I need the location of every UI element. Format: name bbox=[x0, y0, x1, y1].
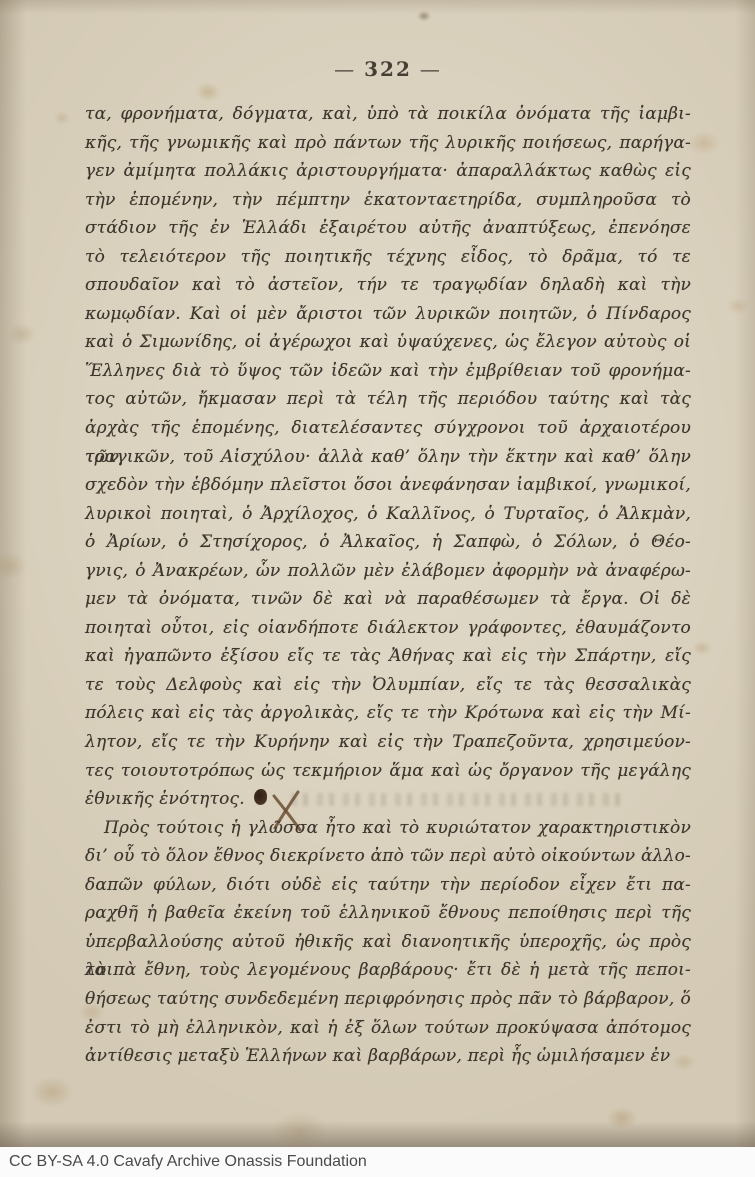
line-text: δαπῶν φύλων, διότι οὐδὲ εἰς ταύτην τὴν π… bbox=[85, 875, 691, 895]
line-text: τὴν ἑπομένην, τὴν πέμπτην ἑκατονταετηρίδ… bbox=[85, 190, 691, 210]
text-line: σπουδαῖον καὶ τὸ ἀστεῖον, τήν τε τραγῳδί… bbox=[85, 271, 691, 300]
text-line: τε τοὺς Δελφοὺς καὶ εἰς τὴν Ὀλυμπίαν, εἴ… bbox=[85, 671, 691, 700]
line-text: ἐθνικῆς ἑνότητος. bbox=[85, 789, 245, 809]
text-line: τὸ τελειότερον τῆς ποιητικῆς τέχνης εἶδο… bbox=[85, 243, 691, 272]
text-line: κωμῳδίαν. Καὶ οἱ μὲν ἄριστοι τῶν λυρικῶν… bbox=[85, 300, 691, 329]
text-line: ἀρχὰς τῆς ἑπομένης, διατελέσαντες σύγχρο… bbox=[85, 414, 691, 443]
text-line: ὑπερβαλλούσης αὐτοῦ ἠθικῆς καὶ διανοητικ… bbox=[85, 928, 691, 957]
line-text: ποιηταὶ οὗτοι, εἰς οἱανδήποτε διάλεκτον … bbox=[85, 618, 691, 638]
text-line: τες τοιουτοτρόπως ὡς τεκμήριον ἅμα καὶ ὡ… bbox=[85, 757, 691, 786]
line-text: τραγικῶν, τοῦ Αἰσχύλου· ἀλλὰ καθ’ ὅλην τ… bbox=[85, 447, 691, 467]
text-block: τα, φρονήματα, δόγματα, καὶ, ὑπὸ τὰ ποικ… bbox=[85, 100, 691, 1071]
text-line: ἐστι τὸ μὴ ἑλληνικὸν, καὶ ἡ ἐξ ὅλων τούτ… bbox=[85, 1014, 691, 1043]
text-line-paragraph-end: ἐθνικῆς ἑνότητος. bbox=[85, 785, 691, 814]
text-line: καὶ ὁ Σιμωνίδης, οἱ ἀγέρωχοι καὶ ὑψαύχεν… bbox=[85, 328, 691, 357]
line-text: σχεδὸν τὴν ἑβδόμην πλεῖστοι ὅσοι ἀνεφάνη… bbox=[85, 475, 691, 495]
page-number-left-dash: — bbox=[326, 57, 364, 81]
page-number: —322— bbox=[85, 57, 691, 81]
text-line: ποιηταὶ οὗτοι, εἰς οἱανδήποτε διάλεκτον … bbox=[85, 614, 691, 643]
line-text: ὁ Ἀρίων, ὁ Στησίχορος, ὁ Ἀλκαῖος, ἡ Σαπφ… bbox=[85, 532, 691, 552]
line-text: τε τοὺς Δελφοὺς καὶ εἰς τὴν Ὀλυμπίαν, εἴ… bbox=[85, 675, 691, 695]
text-line: δαπῶν φύλων, διότι οὐδὲ εἰς ταύτην τὴν π… bbox=[85, 871, 691, 900]
line-text: θήσεως ταύτης συνδεδεμένη περιφρόνησις π… bbox=[85, 989, 691, 1009]
text-line: καὶ ἠγαπῶντο ἐξίσου εἴς τε τὰς Ἀθήνας κα… bbox=[85, 642, 691, 671]
line-text: γεν ἀμίμητα πολλάκις ἀριστουργήματα· ἀπα… bbox=[85, 161, 691, 181]
line-text: τὸ τελειότερον τῆς ποιητικῆς τέχνης εἶδο… bbox=[85, 247, 691, 267]
text-line-paragraph-start: Πρὸς τούτοις ἡ γλῶσσα ἦτο καὶ τὸ κυριώτα… bbox=[85, 814, 691, 843]
line-text: κωμῳδίαν. Καὶ οἱ μὲν ἄριστοι τῶν λυρικῶν… bbox=[85, 304, 691, 324]
line-text: στάδιον τῆς ἐν Ἑλλάδι ἐξαιρέτου αὐτῆς ἀν… bbox=[85, 218, 691, 238]
line-text: τες τοιουτοτρόπως ὡς τεκμήριον ἅμα καὶ ὡ… bbox=[85, 761, 691, 781]
line-text: τα, φρονήματα, δόγματα, καὶ, ὑπὸ τὰ ποικ… bbox=[85, 104, 691, 124]
text-line: λητον, εἴς τε τὴν Κυρήνην καὶ εἰς τὴν Τρ… bbox=[85, 728, 691, 757]
line-text: γνις, ὁ Ἀνακρέων, ὧν πολλῶν μὲν ἐλάβομεν… bbox=[85, 561, 691, 581]
text-line: τα, φρονήματα, δόγματα, καὶ, ὑπὸ τὰ ποικ… bbox=[85, 100, 691, 129]
line-text: πόλεις καὶ εἰς τὰς ἀργολικὰς, εἴς τε τὴν… bbox=[85, 703, 691, 723]
line-text: λητον, εἴς τε τὴν Κυρήνην καὶ εἰς τὴν Τρ… bbox=[85, 732, 691, 752]
line-text: κῆς, τῆς γνωμικῆς καὶ πρὸ πάντων τῆς λυρ… bbox=[85, 133, 691, 153]
license-bar: CC BY-SA 4.0 Cavafy Archive Onassis Foun… bbox=[0, 1147, 755, 1177]
text-line: σχεδὸν τὴν ἑβδόμην πλεῖστοι ὅσοι ἀνεφάνη… bbox=[85, 471, 691, 500]
text-line: ἀντίθεσις μεταξὺ Ἑλλήνων καὶ βαρβάρων, π… bbox=[85, 1042, 691, 1071]
text-line: λυρικοὶ ποιηταὶ, ὁ Ἀρχίλοχος, ὁ Καλλῖνος… bbox=[85, 500, 691, 529]
line-text: ἐστι τὸ μὴ ἑλληνικὸν, καὶ ἡ ἐξ ὅλων τούτ… bbox=[85, 1018, 691, 1038]
text-line: κῆς, τῆς γνωμικῆς καὶ πρὸ πάντων τῆς λυρ… bbox=[85, 129, 691, 158]
text-line: γνις, ὁ Ἀνακρέων, ὧν πολλῶν μὲν ἐλάβομεν… bbox=[85, 557, 691, 586]
text-line: θήσεως ταύτης συνδεδεμένη περιφρόνησις π… bbox=[85, 985, 691, 1014]
text-line: τος αὐτῶν, ἤκμασαν περὶ τὰ τέλη τῆς περι… bbox=[85, 385, 691, 414]
text-line: τὴν ἑπομένην, τὴν πέμπτην ἑκατονταετηρίδ… bbox=[85, 186, 691, 215]
text-line: Ἕλληνες διὰ τὸ ὕψος τῶν ἰδεῶν καὶ τὴν ἐμ… bbox=[85, 357, 691, 386]
line-text: λοιπὰ ἔθνη, τοὺς λεγομένους βαρβάρους· ἔ… bbox=[85, 960, 691, 980]
line-text: μεν τὰ ὀνόματα, τινῶν δὲ καὶ νὰ παραθέσω… bbox=[85, 589, 691, 609]
text-line: τραγικῶν, τοῦ Αἰσχύλου· ἀλλὰ καθ’ ὅλην τ… bbox=[85, 443, 691, 472]
line-text: δι’ οὗ τὸ ὅλον ἔθνος διεκρίνετο ἀπὸ τῶν … bbox=[85, 846, 691, 866]
screenshot-viewport: —322— τα, φρονήματα, δόγματα, καὶ, ὑπὸ τ… bbox=[0, 0, 755, 1177]
text-line: μεν τὰ ὀνόματα, τινῶν δὲ καὶ νὰ παραθέσω… bbox=[85, 585, 691, 614]
text-line: ὁ Ἀρίων, ὁ Στησίχορος, ὁ Ἀλκαῖος, ἡ Σαπφ… bbox=[85, 528, 691, 557]
line-text: λυρικοὶ ποιηταὶ, ὁ Ἀρχίλοχος, ὁ Καλλῖνος… bbox=[85, 504, 691, 524]
line-text: σπουδαῖον καὶ τὸ ἀστεῖον, τήν τε τραγῳδί… bbox=[85, 275, 691, 295]
page-number-right-dash: — bbox=[412, 57, 450, 81]
line-text: ραχθῆ ἡ βαθεῖα ἐκείνη τοῦ ἑλληνικοῦ ἔθνο… bbox=[85, 903, 691, 923]
text-line: γεν ἀμίμητα πολλάκις ἀριστουργήματα· ἀπα… bbox=[85, 157, 691, 186]
page-number-value: 322 bbox=[364, 57, 412, 81]
line-text: ἀντίθεσις μεταξὺ Ἑλλήνων καὶ βαρβάρων, π… bbox=[85, 1046, 670, 1066]
text-line: πόλεις καὶ εἰς τὰς ἀργολικὰς, εἴς τε τὴν… bbox=[85, 699, 691, 728]
text-line: δι’ οὗ τὸ ὅλον ἔθνος διεκρίνετο ἀπὸ τῶν … bbox=[85, 842, 691, 871]
line-text: τος αὐτῶν, ἤκμασαν περὶ τὰ τέλη τῆς περι… bbox=[85, 389, 691, 409]
line-text: Ἕλληνες διὰ τὸ ὕψος τῶν ἰδεῶν καὶ τὴν ἐμ… bbox=[85, 361, 691, 381]
text-line: λοιπὰ ἔθνη, τοὺς λεγομένους βαρβάρους· ἔ… bbox=[85, 956, 691, 985]
scanned-book-page: —322— τα, φρονήματα, δόγματα, καὶ, ὑπὸ τ… bbox=[0, 0, 755, 1147]
license-text: CC BY-SA 4.0 Cavafy Archive Onassis Foun… bbox=[9, 1153, 367, 1170]
ink-blot bbox=[254, 789, 267, 805]
text-line: ραχθῆ ἡ βαθεῖα ἐκείνη τοῦ ἑλληνικοῦ ἔθνο… bbox=[85, 899, 691, 928]
line-text: καὶ ἠγαπῶντο ἐξίσου εἴς τε τὰς Ἀθήνας κα… bbox=[85, 646, 691, 666]
text-line: στάδιον τῆς ἐν Ἑλλάδι ἐξαιρέτου αὐτῆς ἀν… bbox=[85, 214, 691, 243]
line-text: Πρὸς τούτοις ἡ γλῶσσα ἦτο καὶ τὸ κυριώτα… bbox=[104, 818, 691, 838]
line-text: καὶ ὁ Σιμωνίδης, οἱ ἀγέρωχοι καὶ ὑψαύχεν… bbox=[85, 332, 691, 352]
verso-show-through bbox=[290, 793, 620, 806]
